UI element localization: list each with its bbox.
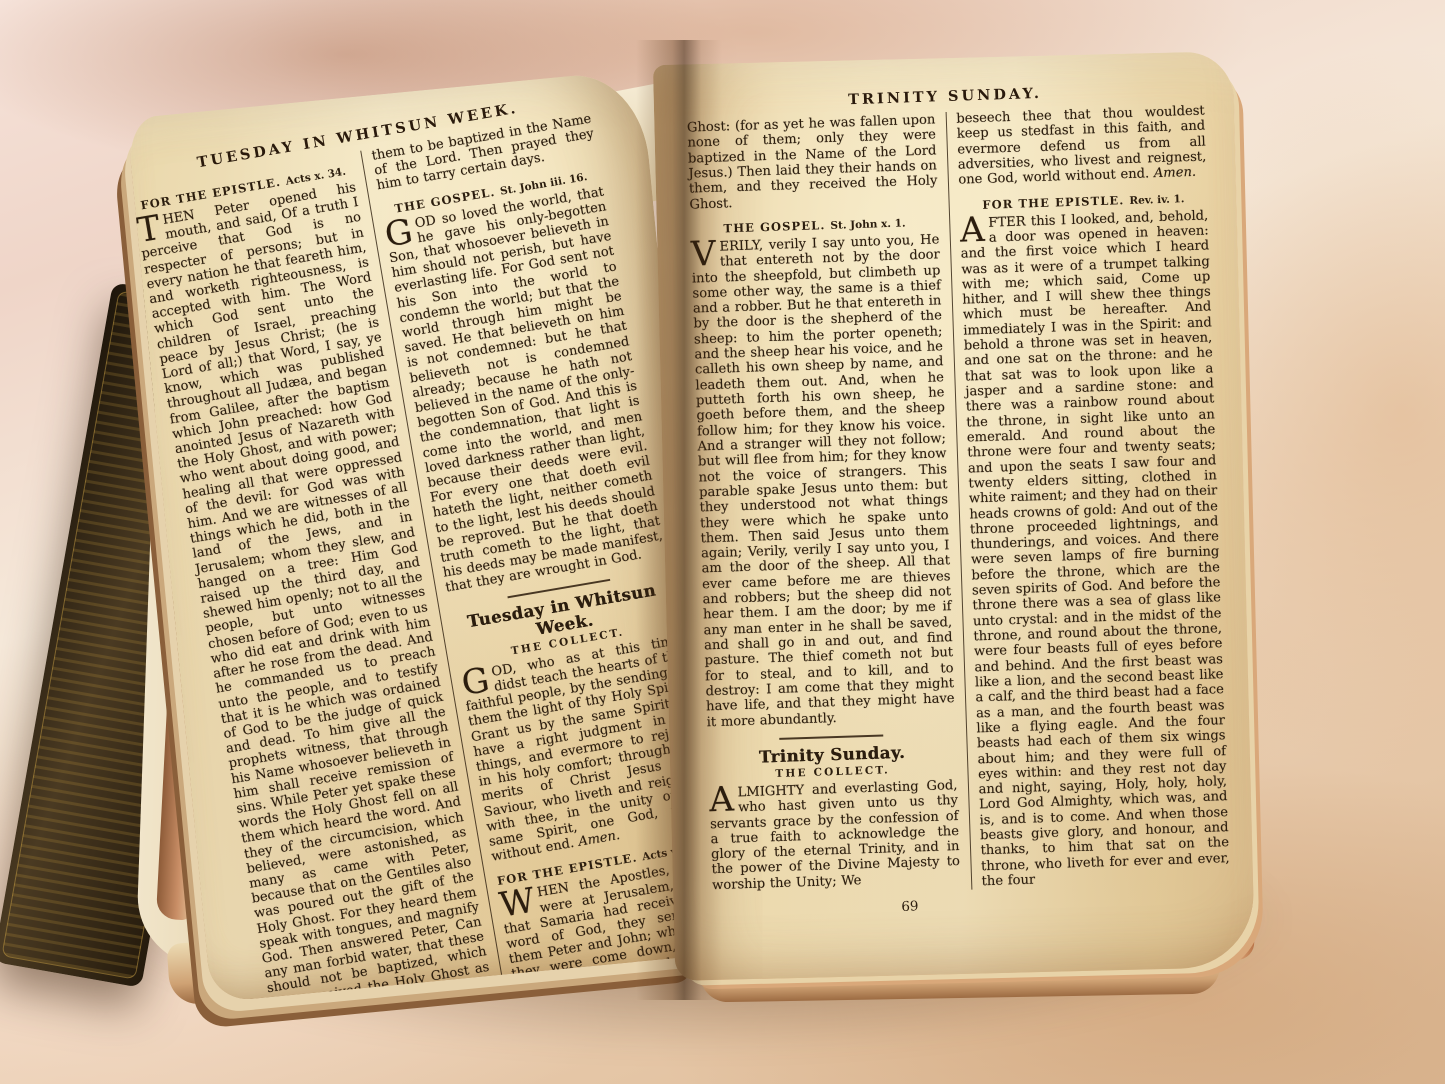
photo-of-open-prayer-book: TUESDAY IN WHITSUN WEEK. FOR THE EPISTLE… <box>0 0 1445 1084</box>
right-page: TRINITY SUNDAY. Ghost: (for as yet he wa… <box>653 51 1255 981</box>
gospel-label: THE GOSPEL. <box>723 218 825 235</box>
epistle-label: FOR THE EPISTLE. <box>982 193 1124 212</box>
drop-cap: G <box>460 665 495 698</box>
drop-cap: V <box>691 240 720 269</box>
right-page-content: TRINITY SUNDAY. Ghost: (for as yet he wa… <box>653 51 1255 981</box>
right-page-columns: Ghost: (for as yet he was fallen upon no… <box>687 103 1231 898</box>
left-page-columns: FOR THE EPISTLE.Acts x. 34. THEN Peter o… <box>131 112 726 1003</box>
right-col-1: Ghost: (for as yet he was fallen upon no… <box>687 112 971 898</box>
epistle-text: AFTER this I looked, and, behold, a door… <box>960 208 1231 890</box>
collect-text-continued: beseech thee that thou wouldest keep us … <box>956 103 1207 188</box>
epistle-text-continued: Ghost: (for as yet he was fallen upon no… <box>687 112 938 212</box>
gospel-text: GOD so loved the world, that he gave his… <box>383 184 666 596</box>
scripture-reference: Rev. iv. 1. <box>1129 193 1184 207</box>
left-page-content: TUESDAY IN WHITSUN WEEK. FOR THE EPISTLE… <box>127 69 726 1002</box>
drop-cap: G <box>383 216 418 249</box>
scripture-reference: St. John x. 1. <box>830 217 906 231</box>
amen: Amen. <box>1154 165 1197 181</box>
right-col-2: beseech thee that thou wouldest keep us … <box>945 103 1230 889</box>
collect-text: ALMIGHTY and everlasting God, who hast g… <box>709 778 961 893</box>
gospel-text: VERILY, verily I say unto you, He that e… <box>691 232 956 730</box>
section-divider-rule <box>780 734 884 739</box>
drop-cap: A <box>709 785 738 814</box>
left-page: TUESDAY IN WHITSUN WEEK. FOR THE EPISTLE… <box>127 69 726 1002</box>
drop-cap: W <box>498 886 541 920</box>
drop-cap: A <box>960 215 989 244</box>
